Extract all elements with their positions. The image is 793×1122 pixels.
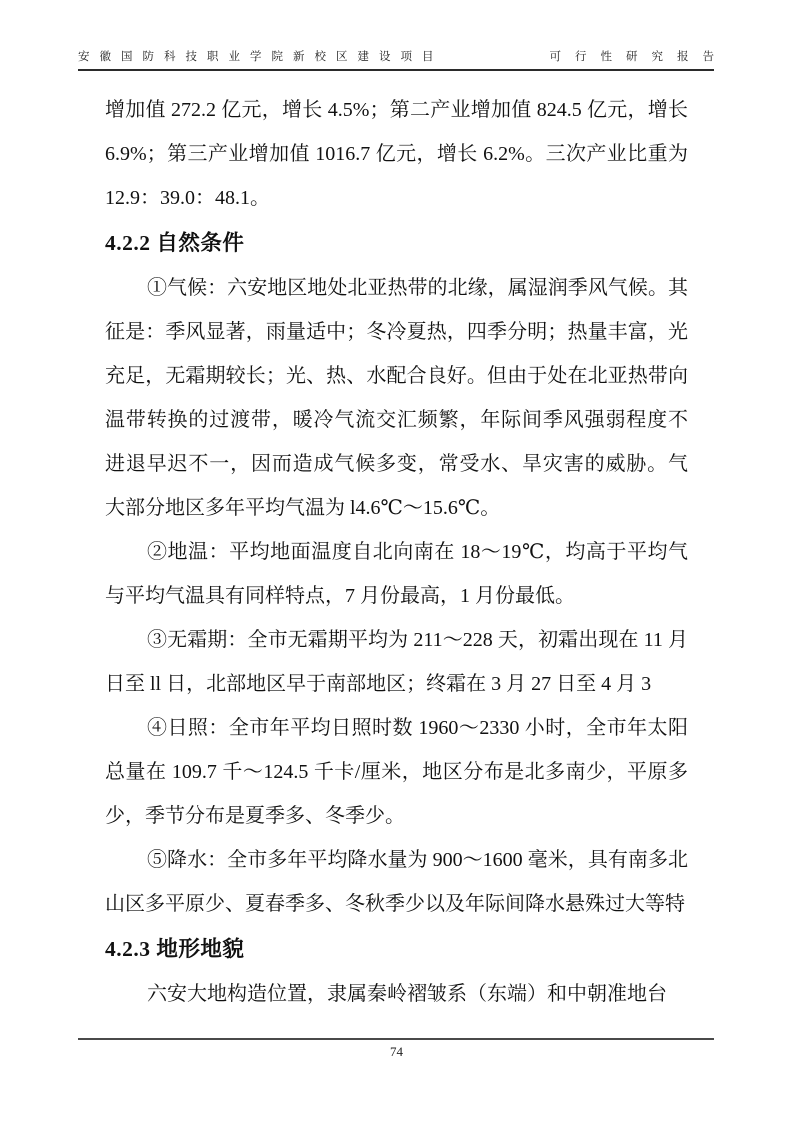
- text-line: 12.9：39.0：48.1。: [105, 176, 688, 220]
- text-line: 进退早迟不一，因而造成气候多变，常受水、旱灾害的威胁。气温：: [105, 442, 688, 486]
- text-line: 日至 ll 日，北部地区早于南部地区；终霜在 3 月 27 日至 4 月 3 日…: [105, 662, 688, 706]
- text-line: 6.9%；第三产业增加值 1016.7 亿元，增长 6.2%。三次产业比重为: [105, 132, 688, 176]
- text-line: 充足，无霜期较长；光、热、水配合良好。但由于处在北亚热带向暖: [105, 354, 688, 398]
- text-line: 征是：季风显著，雨量适中；冬冷夏热，四季分明；热量丰富，光照: [105, 310, 688, 354]
- text-line: ④日照：全市年平均日照时数 1960～2330 小时，全市年太阳辐射: [105, 706, 688, 750]
- text-line: ⑤降水：全市多年平均降水量为 900～1600 毫米，具有南多北少、: [105, 838, 688, 882]
- document-page: 安徽国防科技职业学院新校区建设项目 可行性研究报告 增加值 272.2 亿元，增…: [0, 0, 793, 1122]
- text-line: ③无霜期：全市无霜期平均为 211～228 天，初霜出现在 11 月 2: [105, 618, 688, 662]
- text-line: ①气候：六安地区地处北亚热带的北缘，属湿润季风气候。其特: [105, 266, 688, 310]
- text-line: 增加值 272.2 亿元，增长 4.5%；第二产业增加值 824.5 亿元，增长: [105, 88, 688, 132]
- section-heading: 4.2.3 地形地貌: [105, 926, 688, 972]
- text-line: 温带转换的过渡带，暖冷气流交汇频繁，年际间季风强弱程度不同，: [105, 398, 688, 442]
- section-heading: 4.2.2 自然条件: [105, 220, 688, 266]
- header-right-title: 可行性研究报告: [550, 48, 729, 64]
- footer-rule: [78, 1038, 714, 1040]
- text-line: 总量在 109.7 千～124.5 千卡/厘米，地区分布是北多南少，平原多山区: [105, 750, 688, 794]
- document-body: 增加值 272.2 亿元，增长 4.5%；第二产业增加值 824.5 亿元，增长…: [105, 88, 688, 1016]
- text-line: 山区多平原少、夏春季多、冬秋季少以及年际间降水悬殊过大等特点。: [105, 882, 688, 926]
- text-line: 与平均气温具有同样特点，7 月份最高，1 月份最低。: [105, 574, 688, 618]
- header-left-title: 安徽国防科技职业学院新校区建设项目: [78, 48, 444, 64]
- text-line: 少，季节分布是夏季多、冬季少。: [105, 794, 688, 838]
- page-number: 74: [0, 1044, 793, 1060]
- text-line: 大部分地区多年平均气温为 l4.6℃～15.6℃。: [105, 486, 688, 530]
- text-line: 六安大地构造位置，隶属秦岭褶皱系（东端）和中朝准地台（南: [105, 972, 688, 1016]
- page-header: 安徽国防科技职业学院新校区建设项目 可行性研究报告: [78, 48, 714, 71]
- text-line: ②地温：平均地面温度自北向南在 18～19℃，均高于平均气温。: [105, 530, 688, 574]
